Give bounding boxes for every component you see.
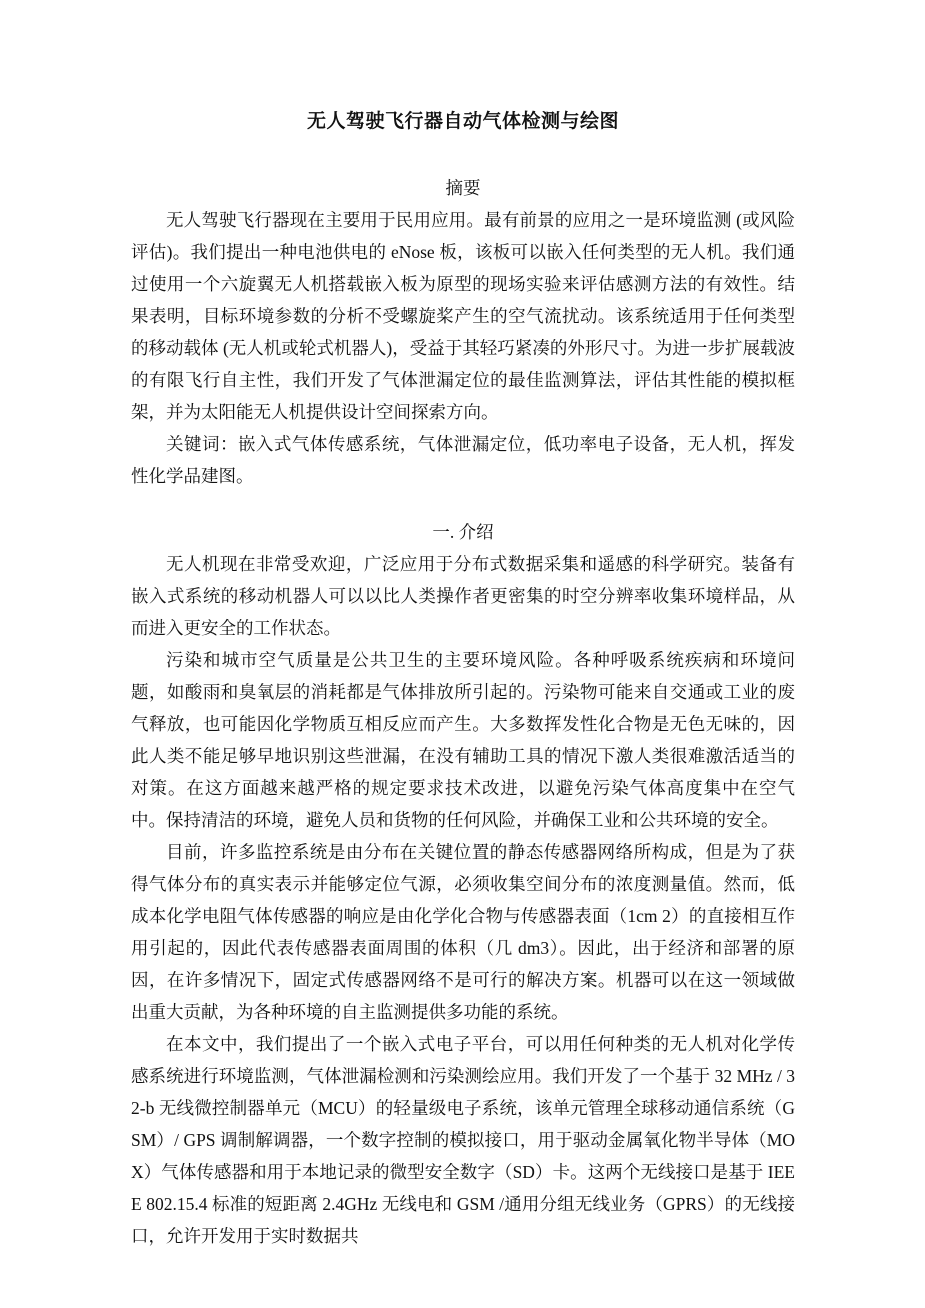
- document-content: 无人驾驶飞行器自动气体检测与绘图摘要无人驾驶飞行器现在主要用于民用应用。最有前景…: [131, 106, 795, 1252]
- introduction-paragraph-3: 目前，许多监控系统是由分布在关键位置的静态传感器网络所构成，但是为了获得气体分布…: [131, 836, 795, 1028]
- introduction-paragraph-4: 在本文中，我们提出了一个嵌入式电子平台，可以用任何种类的无人机对化学传感系统进行…: [131, 1028, 795, 1252]
- introduction-paragraph-2: 污染和城市空气质量是公共卫生的主要环境风险。各种呼吸系统疾病和环境问题，如酸雨和…: [131, 644, 795, 836]
- document-title: 无人驾驶飞行器自动气体检测与绘图: [131, 106, 795, 138]
- introduction-paragraph-1: 无人机现在非常受欢迎，广泛应用于分布式数据采集和遥感的科学研究。装备有嵌入式系统…: [131, 548, 795, 644]
- abstract-paragraph: 无人驾驶飞行器现在主要用于民用应用。最有前景的应用之一是环境监测 (或风险评估)…: [131, 204, 795, 428]
- introduction-heading: 一. 介绍: [131, 516, 795, 548]
- keywords-paragraph: 关键词：嵌入式气体传感系统，气体泄漏定位，低功率电子设备，无人机，挥发性化学品建…: [131, 428, 795, 492]
- abstract-heading: 摘要: [131, 172, 795, 204]
- document-page: 无人驾驶飞行器自动气体检测与绘图摘要无人驾驶飞行器现在主要用于民用应用。最有前景…: [0, 0, 925, 1308]
